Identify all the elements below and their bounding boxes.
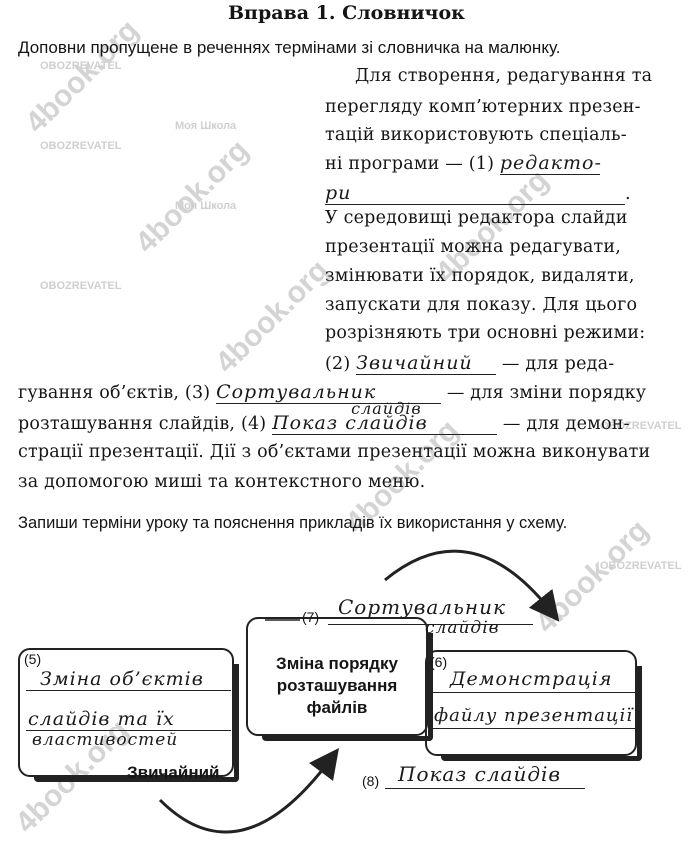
- answer-line: [26, 690, 231, 691]
- label8-answer: Показ слайдів: [398, 762, 561, 786]
- box5-answer-line1: Зміна об’єктів: [40, 668, 204, 690]
- center-box-line: файлів: [248, 697, 426, 719]
- answer-line: [385, 788, 585, 789]
- label-number: (7): [302, 609, 319, 625]
- box6-answer-line1: Демонстрація: [450, 668, 612, 690]
- box-number: (6): [430, 654, 447, 670]
- center-box-line: розташування: [248, 675, 426, 697]
- mode-label-normal: Звичайний: [127, 763, 220, 783]
- center-box-line: Зміна порядку: [248, 653, 426, 675]
- box5-answer-line2: слайдів та їх: [28, 708, 175, 730]
- label-number: (8): [362, 773, 379, 789]
- diagram-box-6: [425, 650, 637, 756]
- box-number: (5): [24, 651, 41, 667]
- answer-line: [432, 692, 642, 693]
- answer-line: [432, 728, 642, 729]
- center-box-text: Зміна порядку розташування файлів: [248, 653, 426, 719]
- label7-answer-line1: Сортувальник: [338, 595, 506, 619]
- box6-answer-line2: файлу презентації: [434, 705, 633, 726]
- label7-answer-line2: слайдів: [425, 618, 500, 638]
- box5-answer-line3: властивостей: [32, 730, 178, 750]
